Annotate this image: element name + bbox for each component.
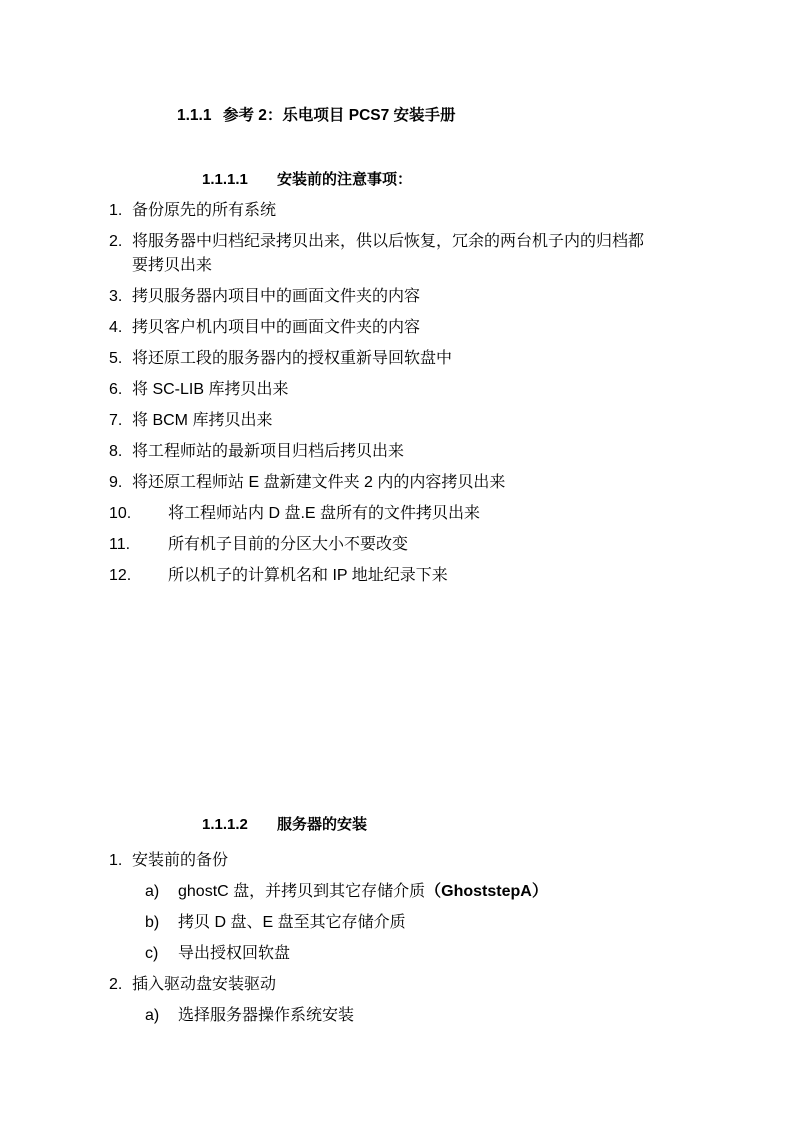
item-text: 安装前的备份 <box>132 849 692 873</box>
list-item: 5. 将还原工段的服务器内的授权重新导回软盘中 <box>0 347 794 371</box>
list-item: 3. 拷贝服务器内项目中的画面文件夹的内容 <box>0 285 794 309</box>
heading-number: 1.1.1.2 <box>202 815 277 835</box>
item-text: 导出授权回软盘 <box>178 942 738 966</box>
heading-title: 服务器的安装 <box>277 816 367 833</box>
sub-list-item: a) ghostC 盘，并拷贝到其它存储介质（GhoststepA） <box>0 880 794 904</box>
item-number: 2. <box>109 973 122 997</box>
item-marker: a) <box>145 1004 159 1028</box>
item-number: 4. <box>109 316 122 340</box>
item-number: 10. <box>109 502 131 526</box>
item-number: 6. <box>109 378 122 402</box>
heading-number: 1.1.1.1 <box>202 170 277 190</box>
item-text: 拷贝客户机内项目中的画面文件夹的内容 <box>132 316 692 340</box>
heading-number: 1.1.1 <box>177 106 223 126</box>
document-page: 1.1.1参考 2：乐电项目 PCS7 安装手册 1.1.1.1安装前的注意事项… <box>0 0 794 1123</box>
sub-list-item: b) 拷贝 D 盘、E 盘至其它存储介质 <box>0 911 794 935</box>
item-text: 拷贝 D 盘、E 盘至其它存储介质 <box>178 911 738 935</box>
item-text: 将还原工程师站 E 盘新建文件夹 2 内的内容拷贝出来 <box>132 471 692 495</box>
server-install-list: 1. 安装前的备份 a) ghostC 盘，并拷贝到其它存储介质（Ghostst… <box>0 849 794 1035</box>
heading-title: 参考 2：乐电项目 PCS7 安装手册 <box>223 107 456 124</box>
heading-1-1-1-2: 1.1.1.2服务器的安装 <box>202 815 367 835</box>
item-marker: a) <box>145 880 159 904</box>
item-text: 插入驱动盘安装驱动 <box>132 973 692 997</box>
heading-1-1-1: 1.1.1参考 2：乐电项目 PCS7 安装手册 <box>177 106 456 126</box>
item-number: 9. <box>109 471 122 495</box>
item-text: 拷贝服务器内项目中的画面文件夹的内容 <box>132 285 692 309</box>
item-text: 选择服务器操作系统安装 <box>178 1004 738 1028</box>
item-text: 将 BCM 库拷贝出来 <box>132 409 692 433</box>
pre-install-notes-list: 1. 备份原先的所有系统 2. 将服务器中归档纪录拷贝出来，供以后恢复，冗余的两… <box>0 199 794 595</box>
item-text: 备份原先的所有系统 <box>132 199 692 223</box>
item-text-normal: ghostC 盘，并拷贝到其它存储介质 <box>178 883 425 900</box>
item-text: 将工程师站内 D 盘.E 盘所有的文件拷贝出来 <box>168 502 728 526</box>
heading-title: 安装前的注意事项： <box>277 171 412 188</box>
list-item: 10. 将工程师站内 D 盘.E 盘所有的文件拷贝出来 <box>0 502 794 526</box>
item-text-line1: 将服务器中归档纪录拷贝出来，供以后恢复，冗余的两台机子内的归档都 <box>132 230 692 254</box>
list-item: 1. 备份原先的所有系统 <box>0 199 794 223</box>
item-text-line2: 要拷贝出来 <box>132 254 692 278</box>
item-text: ghostC 盘，并拷贝到其它存储介质（GhoststepA） <box>178 880 738 904</box>
item-marker: b) <box>145 911 159 935</box>
list-item: 4. 拷贝客户机内项目中的画面文件夹的内容 <box>0 316 794 340</box>
list-item: 7. 将 BCM 库拷贝出来 <box>0 409 794 433</box>
item-marker: c) <box>145 942 158 966</box>
item-number: 2. <box>109 230 122 254</box>
sub-list-item: a) 选择服务器操作系统安装 <box>0 1004 794 1028</box>
list-item: 1. 安装前的备份 <box>0 849 794 873</box>
item-number: 12. <box>109 564 131 588</box>
item-number: 1. <box>109 849 122 873</box>
item-text: 将 SC-LIB 库拷贝出来 <box>132 378 692 402</box>
item-text: 将工程师站的最新项目归档后拷贝出来 <box>132 440 692 464</box>
sub-list-item: c) 导出授权回软盘 <box>0 942 794 966</box>
list-item: 2. 插入驱动盘安装驱动 <box>0 973 794 997</box>
item-number: 11. <box>109 533 130 557</box>
list-item: 12. 所以机子的计算机名和 IP 地址纪录下来 <box>0 564 794 588</box>
item-number: 7. <box>109 409 122 433</box>
item-text: 所有机子目前的分区大小不要改变 <box>168 533 728 557</box>
item-text: 将服务器中归档纪录拷贝出来，供以后恢复，冗余的两台机子内的归档都要拷贝出来 <box>132 230 692 278</box>
item-text: 所以机子的计算机名和 IP 地址纪录下来 <box>168 564 728 588</box>
list-item: 2. 将服务器中归档纪录拷贝出来，供以后恢复，冗余的两台机子内的归档都要拷贝出来 <box>0 230 794 278</box>
list-item: 11. 所有机子目前的分区大小不要改变 <box>0 533 794 557</box>
item-number: 5. <box>109 347 122 371</box>
item-text-bold: （GhoststepA） <box>425 883 548 900</box>
item-number: 3. <box>109 285 122 309</box>
list-item: 9. 将还原工程师站 E 盘新建文件夹 2 内的内容拷贝出来 <box>0 471 794 495</box>
item-number: 8. <box>109 440 122 464</box>
item-text: 将还原工段的服务器内的授权重新导回软盘中 <box>132 347 692 371</box>
item-number: 1. <box>109 199 122 223</box>
heading-1-1-1-1: 1.1.1.1安装前的注意事项： <box>202 170 412 190</box>
list-item: 6. 将 SC-LIB 库拷贝出来 <box>0 378 794 402</box>
list-item: 8. 将工程师站的最新项目归档后拷贝出来 <box>0 440 794 464</box>
